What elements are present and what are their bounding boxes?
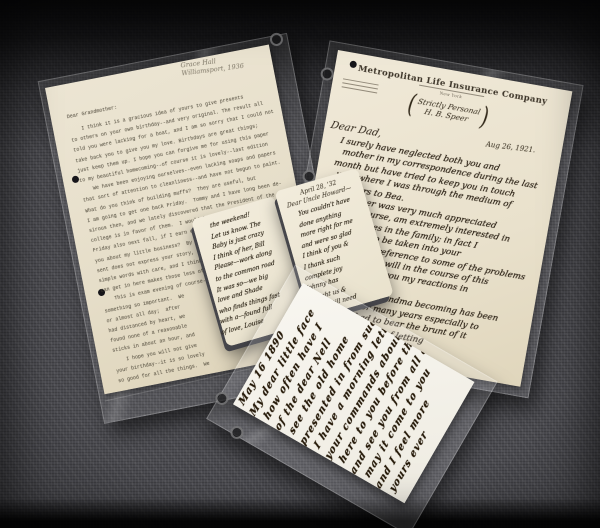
letter-salutation: Dear Dad, xyxy=(329,120,383,139)
photograph: Grace Hall Williamsport, 1936 Dear Grand… xyxy=(0,0,600,528)
letter-date: Aug 26, 1921. xyxy=(486,141,536,155)
binder-hole xyxy=(269,32,284,47)
annotation-text: Strictly Personal H. B. Speer xyxy=(414,97,482,124)
